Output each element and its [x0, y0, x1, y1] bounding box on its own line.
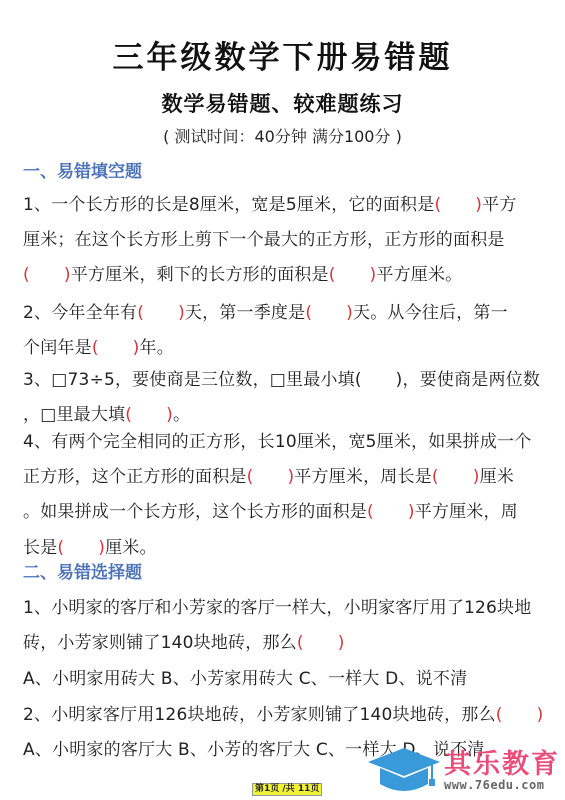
question-text: 1、小明家的客厅和小芳家的客厅一样大，小明家客厅用了126块地: [23, 598, 531, 618]
watermark-name: 其乐教育: [444, 742, 560, 781]
question-text: 2、小明家客厅用126块地砖，小芳家则铺了140块地砖，那么: [23, 705, 496, 725]
question-text: 厘米；在这个长方形上剪下一个最大的正方形，正方形的面积是: [23, 230, 505, 250]
answer-blank[interactable]: (): [432, 467, 480, 487]
answer-blank[interactable]: (): [125, 405, 173, 425]
question-text: 长是: [23, 538, 57, 558]
answer-blank[interactable]: (): [247, 467, 295, 487]
answer-blank[interactable]: (): [496, 705, 544, 725]
question-line: 厘米；在这个长方形上剪下一个最大的正方形，正方形的面积是: [23, 225, 505, 250]
question-line: 2、今年全年有()天，第一季度是()天。从今往后，第一: [23, 298, 508, 323]
question-text: 厘米。: [105, 538, 157, 558]
question-line: 1、小明家的客厅和小芳家的客厅一样大，小明家客厅用了126块地: [23, 593, 531, 618]
question-text: ，□里最大填: [23, 405, 125, 425]
watermark-url: www.76edu.com: [444, 778, 544, 792]
question-line: A、小明家用砖大 B、小芳家用砖大 C、一样大 D、说不清: [23, 664, 467, 689]
page-indicator: 第1页 /共 11页: [252, 783, 322, 796]
answer-blank[interactable]: (): [92, 338, 140, 358]
answer-blank[interactable]: (): [329, 265, 377, 285]
question-line: 2、小明家客厅用126块地砖，小芳家则铺了140块地砖，那么(): [23, 700, 543, 725]
question-line: 3、□73÷5，要使商是三位数，□里最小填()，要使商是两位数: [23, 365, 540, 390]
page-subtitle: 数学易错题、较难题练习: [0, 88, 565, 118]
answer-blank[interactable]: (): [23, 265, 71, 285]
watermark-logo: 其乐教育 www.76edu.com: [364, 742, 564, 798]
question-text: 3、□73÷5，要使商是三位数，□里最小填(: [23, 370, 362, 390]
question-line: 。如果拼成一个长方形，这个长方形的面积是()平方厘米，周: [23, 497, 518, 522]
question-text: )，要使商是两位数: [396, 370, 540, 390]
question-line: 正方形，这个正方形的面积是()平方厘米，周长是()厘米: [23, 462, 514, 487]
question-text: 4、有两个完全相同的正方形，长10厘米，宽5厘米，如果拼成一个: [23, 432, 531, 452]
answer-blank[interactable]: (): [57, 538, 105, 558]
question-line: 1、一个长方形的长是8厘米，宽是5厘米，它的面积是()平方: [23, 190, 517, 215]
question-text: 平方厘米，周长是: [294, 467, 432, 487]
question-text: 1、一个长方形的长是8厘米，宽是5厘米，它的面积是: [23, 195, 434, 215]
answer-blank[interactable]: (): [305, 303, 353, 323]
question-line: ()平方厘米，剩下的长方形的面积是()平方厘米。: [23, 260, 462, 285]
answer-blank[interactable]: (): [297, 633, 345, 653]
answer-blank[interactable]: (): [434, 195, 482, 215]
question-text: 砖，小芳家则铺了140块地砖，那么: [23, 633, 297, 653]
question-text: 2、今年全年有: [23, 303, 137, 323]
question-text: 。: [173, 405, 190, 425]
section-heading: 二、易错选择题: [23, 558, 142, 583]
question-text: 平方厘米，剩下的长方形的面积是: [71, 265, 329, 285]
question-text: 正方形，这个正方形的面积是: [23, 467, 247, 487]
question-text: 年。: [140, 338, 174, 358]
section-heading: 一、易错填空题: [23, 157, 142, 182]
question-line: 砖，小芳家则铺了140块地砖，那么(): [23, 628, 345, 653]
page-title: 三年级数学下册易错题: [0, 32, 565, 77]
question-text: 平方厘米，周: [415, 502, 518, 522]
question-text: 天，第一季度是: [185, 303, 305, 323]
question-text: 平方: [482, 195, 516, 215]
question-line: 长是()厘米。: [23, 533, 157, 558]
question-line: ，□里最大填()。: [23, 400, 190, 425]
question-text: 天。从今往后，第一: [353, 303, 508, 323]
question-line: 4、有两个完全相同的正方形，长10厘米，宽5厘米，如果拼成一个: [23, 427, 531, 452]
test-info: ( 测试时间：40分钟 满分100分 ): [0, 124, 565, 147]
graduation-cap-icon: [366, 746, 442, 800]
answer-blank[interactable]: (): [367, 502, 415, 522]
answer-blank[interactable]: (): [137, 303, 185, 323]
question-text: 平方厘米。: [376, 265, 462, 285]
question-text: 。如果拼成一个长方形，这个长方形的面积是: [23, 502, 367, 522]
question-text: 个闰年是: [23, 338, 92, 358]
question-text: 厘米: [480, 467, 514, 487]
question-text: A、小明家用砖大 B、小芳家用砖大 C、一样大 D、说不清: [23, 669, 467, 689]
question-line: 个闰年是()年。: [23, 333, 174, 358]
